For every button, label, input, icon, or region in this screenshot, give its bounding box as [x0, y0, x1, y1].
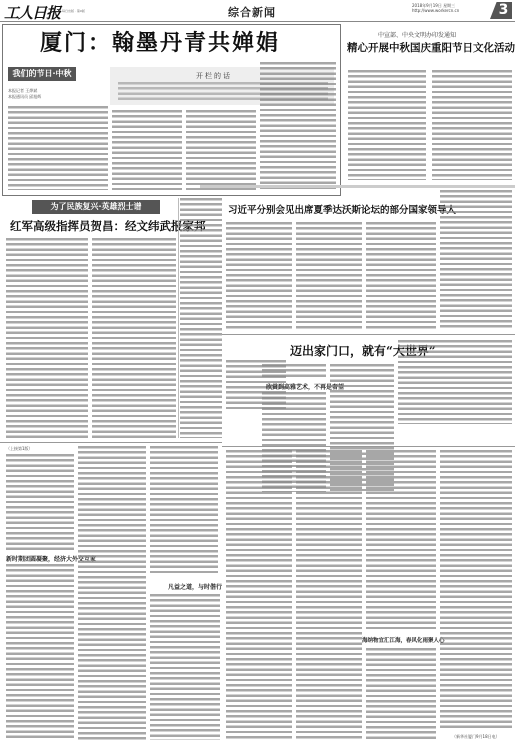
divider	[222, 446, 515, 447]
middle-col-4	[440, 190, 512, 330]
intro-title: 开栏的话	[196, 71, 232, 81]
world-subhead-3: 海纳物宜汇江海，春风化雨聚人心	[362, 636, 445, 644]
world-col-b	[296, 450, 362, 740]
feature-tag: 我们的节日·中秋	[8, 67, 76, 81]
lower-left-col-2	[78, 446, 146, 740]
lower-left-col-3	[150, 446, 218, 576]
world-col-c	[366, 450, 436, 630]
world-col-d	[440, 450, 512, 730]
lower-left-col-3b	[150, 594, 220, 740]
feature-col-1	[8, 106, 108, 190]
newspaper-logo: 工人日报	[4, 2, 60, 23]
section-title: 综合新闻	[228, 4, 276, 20]
world-col-c2	[366, 648, 436, 740]
signoff: （新华社厦门9月18日电）	[452, 734, 500, 740]
middle-col-1	[226, 222, 292, 330]
world-col-3	[398, 340, 512, 424]
left-story-col-1	[6, 238, 88, 438]
middle-col-2	[296, 222, 362, 330]
world-col-a	[226, 450, 292, 740]
dateline: 2018年9月19日 星期三 http://www.workercn.cn	[412, 3, 459, 13]
feature-col-4	[260, 62, 336, 190]
feature-byline: 本报记者 王烨斌 本报通讯员 邱旭辉	[8, 88, 41, 100]
left-story-headline: 红军高级指挥员贺昌：经文纬武报家邦	[10, 218, 206, 234]
divider	[222, 334, 515, 335]
col-divider	[178, 198, 179, 438]
feature-col-2	[112, 110, 182, 190]
left-story-tag: 为了民族复兴·英雄烈士谱	[32, 200, 160, 214]
url-text: http://www.workercn.cn	[412, 8, 459, 13]
continued-note: （上接第1版）	[6, 446, 33, 452]
left-story-col-2	[92, 238, 176, 438]
subhead-3: 凡益之道，与时偕行	[168, 582, 222, 591]
top-right-kicker: 中宣部、中央文明办印发通知	[378, 30, 456, 39]
top-right-col-2	[432, 70, 512, 180]
logo-subtitle: 每日出版 · 第X版	[62, 9, 85, 13]
feature-headline: 厦门：翰墨丹青共婵娟	[40, 26, 280, 57]
middle-col-3	[366, 222, 436, 330]
top-right-headline: 精心开展中秋国庆重阳节日文化活动	[347, 40, 515, 55]
top-right-col-1	[348, 70, 426, 180]
divider	[0, 442, 222, 443]
divider	[200, 185, 515, 188]
feature-col-3	[186, 110, 256, 190]
middle-story-headline: 习近平分别会见出席夏季达沃斯论坛的部分国家领导人	[228, 202, 456, 216]
world-col-1-top	[262, 364, 326, 378]
lower-left-col-1b	[6, 564, 74, 740]
left-story-col-3	[180, 198, 222, 438]
lower-left-col-1	[6, 454, 74, 550]
byline-correspondent: 本报通讯员 邱旭辉	[8, 94, 41, 100]
